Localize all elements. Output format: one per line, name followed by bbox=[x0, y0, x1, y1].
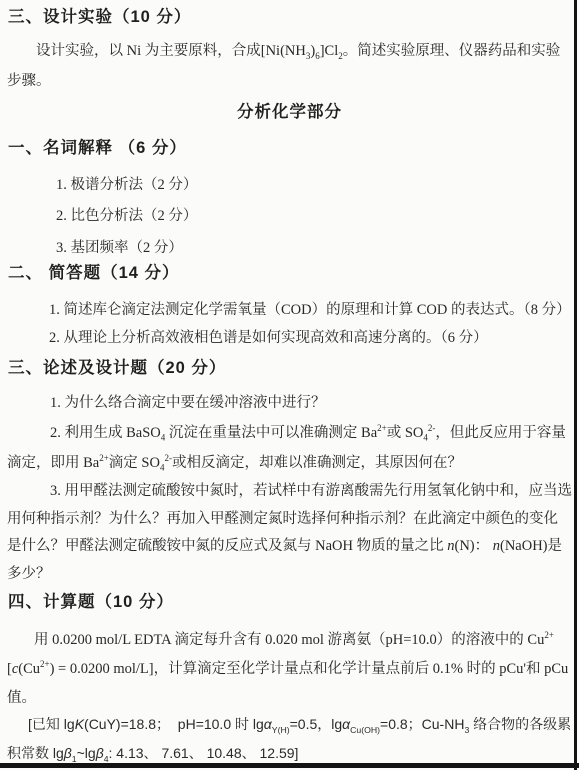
text-segment: 是什么？甲醛法测定硫酸铵中氮的反应式及氮与 NaOH 物质的量之比 bbox=[7, 538, 447, 554]
para-edta-line2: [c(Cu2+) = 0.0200 mol/L]，计算滴定至化学计量点和化学计量… bbox=[7, 659, 568, 678]
item-formaldehyde-line3: 是什么？甲醛法测定硫酸铵中氮的反应式及氮与 NaOH 物质的量之比 n(N)： … bbox=[7, 537, 562, 555]
text-segment: 二、 简答题（14 分） bbox=[8, 264, 180, 282]
item-baso4-line1: 2. 利用生成 BaSO4 沉淀在重量法中可以准确测定 Ba2+或 SO42-，… bbox=[50, 423, 566, 444]
text-segment: n bbox=[493, 538, 500, 554]
text-segment: 3. 用甲醛法测定硫酸铵中氮时，若试样中有游离酸需先行用氢氧化钠中和，应当选 bbox=[50, 483, 572, 499]
text-segment: 多少？ bbox=[7, 566, 51, 582]
text-segment: 4 bbox=[160, 463, 165, 473]
item-complexometric-buffer: 1. 为什么络合滴定中要在缓冲溶液中进行？ bbox=[50, 394, 326, 412]
part-heading-analytical-chemistry: 分析化学部分 bbox=[0, 102, 579, 123]
text-segment: ]Cl bbox=[320, 43, 339, 59]
item-baso4-line2: 滴定，即用 Ba2+滴定 SO42-或相反滴定，却难以准确测定，其原因何在？ bbox=[7, 453, 462, 474]
text-segment: 积常数 lg bbox=[7, 745, 64, 761]
text-segment: 用 0.0200 mol/L EDTA 滴定每升含有 0.020 mol 游离氨… bbox=[34, 632, 544, 648]
text-segment: 2. 比色分析法（2 分） bbox=[56, 208, 197, 224]
item-formaldehyde-line4: 多少？ bbox=[7, 565, 51, 583]
text-segment: ) = 0.0200 mol/L]，计算滴定至化学计量点和化学计量点前后 0.1… bbox=[50, 661, 569, 677]
text-segment: 2- bbox=[164, 453, 171, 463]
text-segment: 4 bbox=[423, 433, 428, 443]
text-segment: 2+ bbox=[377, 423, 387, 433]
text-segment: 2+ bbox=[544, 630, 554, 640]
section-heading-term-explanation: 一、名词解释 （6 分） bbox=[8, 138, 187, 159]
text-segment: 1. 简述库仑滴定法测定化学需氧量（COD）的原理和计算 COD 的表达式。（8… bbox=[49, 302, 571, 318]
text-segment: 。简述实验原理、仪器药品和实验 bbox=[343, 43, 561, 59]
text-segment: 2+ bbox=[99, 453, 109, 463]
text-segment: 三、论述及设计题（20 分） bbox=[8, 359, 226, 377]
item-coulometric-cod: 1. 简述库仑滴定法测定化学需氧量（COD）的原理和计算 COD 的表达式。（8… bbox=[49, 301, 571, 319]
text-segment: 沉淀在重量法中可以准确测定 Ba bbox=[165, 425, 377, 441]
text-segment: (Cu bbox=[18, 661, 40, 677]
text-segment: 3. 基团频率（2 分） bbox=[56, 240, 183, 256]
text-segment: ~lg bbox=[77, 745, 96, 761]
item-hplc: 2. 从理论上分析高效液相色谱是如何实现高效和高速分离的。（6 分） bbox=[49, 329, 488, 347]
para-edta-line1: 用 0.0200 mol/L EDTA 滴定每升含有 0.020 mol 游离氨… bbox=[34, 630, 554, 649]
para-design-experiment-line2: 步骤。 bbox=[7, 72, 51, 90]
text-segment: 分析化学部分 bbox=[237, 103, 342, 121]
text-segment: : 4.13、 7.61、 10.48、 12.59] bbox=[109, 745, 299, 761]
text-segment: β bbox=[96, 745, 104, 761]
text-segment: ，但此反应用于容量 bbox=[435, 425, 566, 441]
text-segment: α bbox=[342, 716, 350, 732]
text-segment: 或 SO bbox=[387, 425, 424, 441]
item-group-frequency: 3. 基团频率（2 分） bbox=[56, 239, 183, 257]
text-segment: 一、名词解释 （6 分） bbox=[8, 139, 187, 157]
item-formaldehyde-line2: 用何种指示剂？为什么？再加入甲醛测定氮时选择何种指示剂？在此滴定中颜色的变化 bbox=[7, 510, 558, 528]
text-segment: 步骤。 bbox=[7, 73, 51, 89]
text-segment: 四、计算题（10 分） bbox=[8, 593, 174, 611]
text-segment: (CuY)=18.8； pH=10.0 时 lg bbox=[84, 716, 264, 732]
para-edta-line3: 值。 bbox=[7, 689, 36, 707]
text-segment: 或相反滴定，却难以准确测定，其原因何在？ bbox=[172, 455, 462, 471]
text-segment: 1. 为什么络合滴定中要在缓冲溶液中进行？ bbox=[50, 395, 326, 411]
para-design-experiment-line1: 设计实验，以 Ni 为主要原料，合成[Ni(NH3)6]Cl2。简述实验原理、仪… bbox=[36, 42, 560, 62]
text-segment: 三、设计实验（10 分） bbox=[8, 8, 191, 26]
text-segment: 设计实验，以 Ni 为主要原料，合成[Ni(NH bbox=[36, 43, 306, 59]
section-heading-calculation: 四、计算题（10 分） bbox=[8, 592, 174, 613]
text-segment: α bbox=[264, 716, 272, 732]
text-segment: β bbox=[64, 745, 72, 761]
para-constants-line1: [已知 lgK(CuY)=18.8； pH=10.0 时 lgαY(H)=0.5… bbox=[28, 716, 571, 736]
text-segment: 络合物的各级累 bbox=[469, 716, 571, 732]
text-segment: 滴定 SO bbox=[109, 455, 160, 471]
section-heading-short-answer: 二、 简答题（14 分） bbox=[8, 263, 180, 284]
text-segment: 2. 从理论上分析高效液相色谱是如何实现高效和高速分离的。（6 分） bbox=[49, 330, 488, 346]
text-segment: (NaOH)是 bbox=[500, 538, 562, 554]
text-segment: Cu(OH) bbox=[350, 725, 380, 735]
text-segment: K bbox=[75, 716, 84, 732]
item-polarography: 1. 极谱分析法（2 分） bbox=[56, 176, 197, 194]
text-segment: =0.8；Cu-NH bbox=[380, 716, 464, 732]
text-segment: 2+ bbox=[40, 659, 50, 669]
section-heading-discussion-design: 三、论述及设计题（20 分） bbox=[8, 358, 226, 379]
text-segment: =0.5，lg bbox=[290, 716, 343, 732]
text-segment: 用何种指示剂？为什么？再加入甲醛测定氮时选择何种指示剂？在此滴定中颜色的变化 bbox=[7, 511, 558, 527]
section-heading-design-experiment: 三、设计实验（10 分） bbox=[8, 7, 191, 28]
para-constants-line2: 积常数 lgβ1~lgβ4: 4.13、 7.61、 10.48、 12.59] bbox=[7, 745, 298, 765]
text-segment: 1. 极谱分析法（2 分） bbox=[56, 177, 197, 193]
text-segment: Y(H) bbox=[272, 725, 290, 735]
text-segment: 值。 bbox=[7, 690, 36, 706]
text-segment: 2. 利用生成 BaSO bbox=[50, 425, 161, 441]
text-segment: [已知 lg bbox=[28, 716, 75, 732]
text-segment: 滴定，即用 Ba bbox=[7, 455, 99, 471]
item-formaldehyde-line1: 3. 用甲醛法测定硫酸铵中氮时，若试样中有游离酸需先行用氢氧化钠中和，应当选 bbox=[50, 482, 572, 500]
item-colorimetry: 2. 比色分析法（2 分） bbox=[56, 207, 197, 225]
text-segment: (N)： bbox=[454, 538, 492, 554]
exam-page: 三、设计实验（10 分）设计实验，以 Ni 为主要原料，合成[Ni(NH3)6]… bbox=[0, 0, 579, 770]
